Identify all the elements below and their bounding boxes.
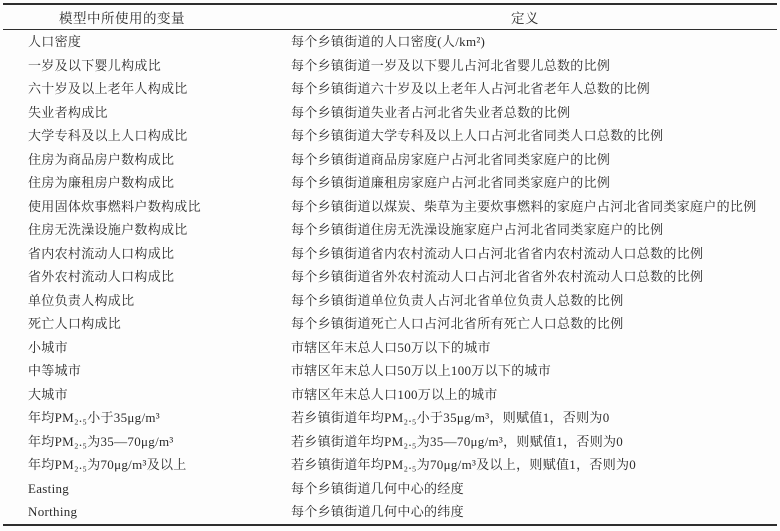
variable-cell: 住房无洗澡设施户数构成比 [3,218,283,242]
variable-cell: 六十岁及以上老年人构成比 [3,77,283,101]
variable-cell: 年均PM₂.₅小于35μg/m³ [3,406,283,430]
table-row: 大城市 市辖区年末总人口100万以上的城市 [3,383,777,407]
table-row: 小城市 市辖区年末总人口50万以下的城市 [3,336,777,360]
variable-cell: 一岁及以下婴儿构成比 [3,54,283,78]
definition-cell: 每个乡镇街道失业者占河北省失业者总数的比例 [283,101,777,125]
definition-cell: 每个乡镇街道以煤炭、柴草为主要炊事燃料的家庭户占河北省同类家庭户的比例 [283,195,777,219]
variable-cell: 单位负责人构成比 [3,289,283,313]
header-variable: 模型中所使用的变量 [3,4,283,30]
definition-cell: 每个乡镇街道大学专科及以上人口占河北省同类人口总数的比例 [283,124,777,148]
variable-cell: 年均PM₂.₅为35—70μg/m³ [3,430,283,454]
table-row: 使用固体炊事燃料户数构成比 每个乡镇街道以煤炭、柴草为主要炊事燃料的家庭户占河北… [3,195,777,219]
definition-cell: 每个乡镇街道六十岁及以上老年人占河北省老年人总数的比例 [283,77,777,101]
table-row: 单位负责人构成比 每个乡镇街道单位负责人占河北省单位负责人总数的比例 [3,289,777,313]
paper-table-page: 模型中所使用的变量 定义 人口密度 每个乡镇街道的人口密度(人/km²) 一岁及… [0,0,780,531]
variable-cell: 失业者构成比 [3,101,283,125]
variable-cell: 死亡人口构成比 [3,312,283,336]
table-row: 住房无洗澡设施户数构成比 每个乡镇街道住房无洗澡设施家庭户占河北省同类家庭户的比… [3,218,777,242]
table-row: 人口密度 每个乡镇街道的人口密度(人/km²) [3,30,777,54]
table-header: 模型中所使用的变量 定义 [3,4,777,30]
table-row: 年均PM₂.₅为70μg/m³及以上 若乡镇街道年均PM₂.₅为70μg/m³及… [3,453,777,477]
definition-cell: 每个乡镇街道死亡人口占河北省所有死亡人口总数的比例 [283,312,777,336]
definition-cell: 市辖区年末总人口50万以下的城市 [283,336,777,360]
definition-cell: 若乡镇街道年均PM₂.₅小于35μg/m³，则赋值1，否则为0 [283,406,777,430]
table-body: 人口密度 每个乡镇街道的人口密度(人/km²) 一岁及以下婴儿构成比 每个乡镇街… [3,30,777,525]
table-row: 省内农村流动人口构成比 每个乡镇街道省内农村流动人口占河北省省内农村流动人口总数… [3,242,777,266]
table-row: 一岁及以下婴儿构成比 每个乡镇街道一岁及以下婴儿占河北省婴儿总数的比例 [3,54,777,78]
header-row: 模型中所使用的变量 定义 [3,4,777,30]
variable-cell: 使用固体炊事燃料户数构成比 [3,195,283,219]
table-row: 住房为廉租房户数构成比 每个乡镇街道廉租房家庭户占河北省同类家庭户的比例 [3,171,777,195]
definition-cell: 每个乡镇街道几何中心的经度 [283,477,777,501]
variables-definition-table: 模型中所使用的变量 定义 人口密度 每个乡镇街道的人口密度(人/km²) 一岁及… [3,3,777,526]
variable-cell: Easting [3,477,283,501]
table-row: 中等城市 市辖区年末总人口50万以上100万以下的城市 [3,359,777,383]
definition-cell: 每个乡镇街道廉租房家庭户占河北省同类家庭户的比例 [283,171,777,195]
definition-cell: 市辖区年末总人口50万以上100万以下的城市 [283,359,777,383]
table-row: 六十岁及以上老年人构成比 每个乡镇街道六十岁及以上老年人占河北省老年人总数的比例 [3,77,777,101]
variable-cell: Northing [3,500,283,525]
table-row: 年均PM₂.₅小于35μg/m³ 若乡镇街道年均PM₂.₅小于35μg/m³，则… [3,406,777,430]
definition-cell: 每个乡镇街道商品房家庭户占河北省同类家庭户的比例 [283,148,777,172]
variable-cell: 省内农村流动人口构成比 [3,242,283,266]
variable-cell: 中等城市 [3,359,283,383]
definition-cell: 每个乡镇街道省外农村流动人口占河北省省外农村流动人口总数的比例 [283,265,777,289]
definition-cell: 每个乡镇街道一岁及以下婴儿占河北省婴儿总数的比例 [283,54,777,78]
variable-cell: 大城市 [3,383,283,407]
variable-cell: 省外农村流动人口构成比 [3,265,283,289]
definition-cell: 每个乡镇街道住房无洗澡设施家庭户占河北省同类家庭户的比例 [283,218,777,242]
definition-cell: 每个乡镇街道省内农村流动人口占河北省省内农村流动人口总数的比例 [283,242,777,266]
variable-cell: 小城市 [3,336,283,360]
table-row: 省外农村流动人口构成比 每个乡镇街道省外农村流动人口占河北省省外农村流动人口总数… [3,265,777,289]
definition-cell: 市辖区年末总人口100万以上的城市 [283,383,777,407]
table-row: 失业者构成比 每个乡镇街道失业者占河北省失业者总数的比例 [3,101,777,125]
definition-cell: 若乡镇街道年均PM₂.₅为70μg/m³及以上，则赋值1，否则为0 [283,453,777,477]
table-row: 年均PM₂.₅为35—70μg/m³ 若乡镇街道年均PM₂.₅为35—70μg/… [3,430,777,454]
variable-cell: 年均PM₂.₅为70μg/m³及以上 [3,453,283,477]
header-definition: 定义 [283,4,777,30]
table-row: 住房为商品房户数构成比 每个乡镇街道商品房家庭户占河北省同类家庭户的比例 [3,148,777,172]
variable-cell: 住房为商品房户数构成比 [3,148,283,172]
definition-cell: 每个乡镇街道单位负责人占河北省单位负责人总数的比例 [283,289,777,313]
table-row: 大学专科及以上人口构成比 每个乡镇街道大学专科及以上人口占河北省同类人口总数的比… [3,124,777,148]
definition-cell: 每个乡镇街道几何中心的纬度 [283,500,777,525]
variable-cell: 住房为廉租房户数构成比 [3,171,283,195]
variable-cell: 大学专科及以上人口构成比 [3,124,283,148]
definition-cell: 若乡镇街道年均PM₂.₅为35—70μg/m³，则赋值1，否则为0 [283,430,777,454]
variable-cell: 人口密度 [3,30,283,54]
table-row: Northing 每个乡镇街道几何中心的纬度 [3,500,777,525]
definition-cell: 每个乡镇街道的人口密度(人/km²) [283,30,777,54]
table-row: Easting 每个乡镇街道几何中心的经度 [3,477,777,501]
table-row: 死亡人口构成比 每个乡镇街道死亡人口占河北省所有死亡人口总数的比例 [3,312,777,336]
